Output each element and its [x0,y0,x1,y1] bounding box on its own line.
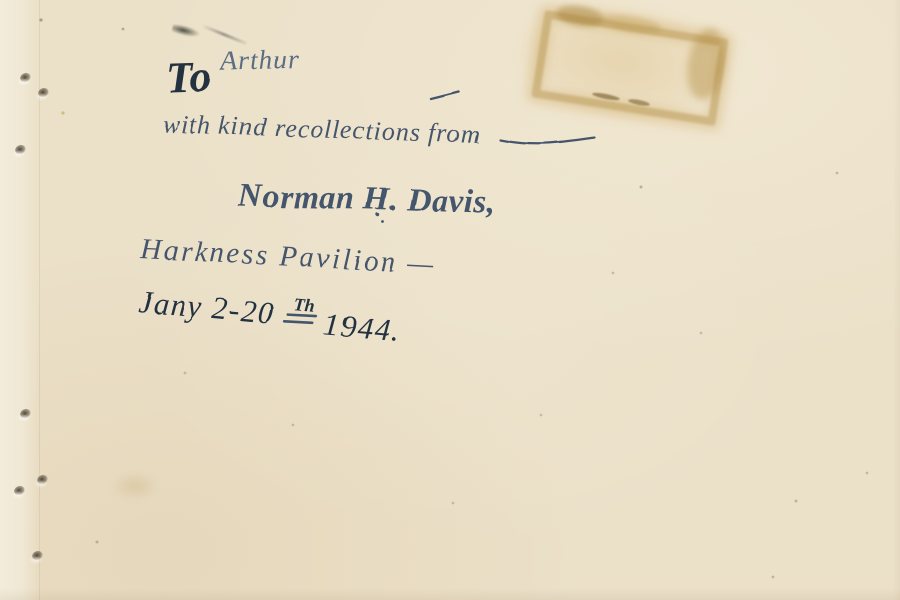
inscription-greeting: with kind recollections from [162,109,481,149]
inscription-signature: Norman H. Davis, [237,178,496,221]
inscription-recipient: Arthur [219,43,300,76]
inscription-line-location: Harkness Pavilion — [139,233,437,280]
inscription-line-salutation: To Arthur [165,43,301,102]
dash-stroke [431,92,459,99]
handwriting-layer: To Arthur with kind recollections from N… [0,0,900,600]
album-page: To Arthur with kind recollections from N… [0,0,900,600]
superscript-underline [285,321,313,324]
ink-dot [382,221,385,224]
inscription-to: To [165,52,214,103]
inscription-line-greeting: with kind recollections from [162,109,481,149]
inscription-date-superscript: Th [293,295,316,317]
ink-dot [376,213,379,216]
inscription-line-signature: Norman H. Davis, [237,178,496,221]
inscription-date-year: 1944. [322,306,402,348]
bottom-edge-shade [0,588,900,600]
inscription-location: Harkness Pavilion — [139,233,437,280]
inscription-line-date: Jany 2-20 Th 1944. [137,281,403,348]
right-edge-shade [893,0,900,600]
flourish-stroke [500,138,595,144]
inscription-date-main: Jany 2-20 [137,284,276,331]
